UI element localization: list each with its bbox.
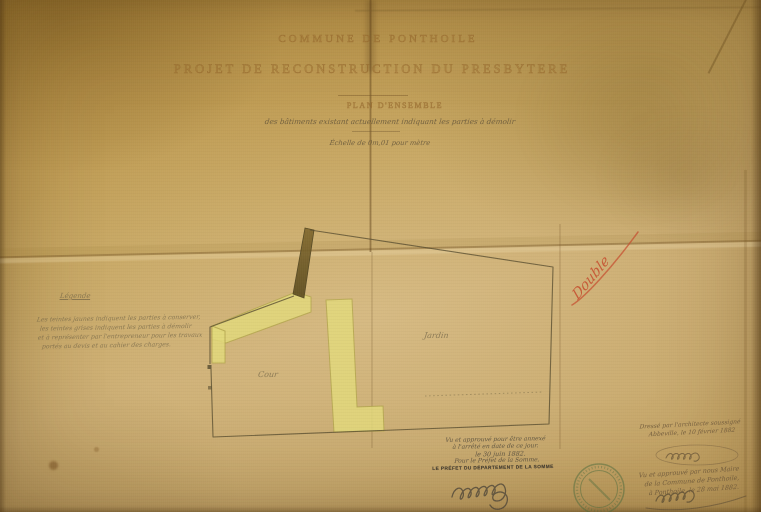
courtyard-label: Cour	[257, 370, 278, 379]
architect-signature-mark	[656, 445, 738, 465]
official-stamp-icon	[574, 464, 624, 512]
conserved-wing-band	[212, 292, 311, 343]
prefect-signature-mark	[452, 484, 507, 509]
conserved-buildings	[212, 292, 384, 432]
garden-label: Jardin	[423, 331, 449, 340]
conserved-wing-foot	[212, 326, 225, 363]
garden-dashed-line	[425, 392, 543, 396]
boundary-marker-upper	[208, 365, 212, 369]
boundary-marker-lower	[208, 386, 212, 390]
demolition-strip	[293, 228, 314, 298]
conserved-main-building	[326, 299, 384, 432]
plan-photograph: COMMUNE DE PONTHOILE PROJET DE RECONSTRU…	[0, 0, 761, 512]
